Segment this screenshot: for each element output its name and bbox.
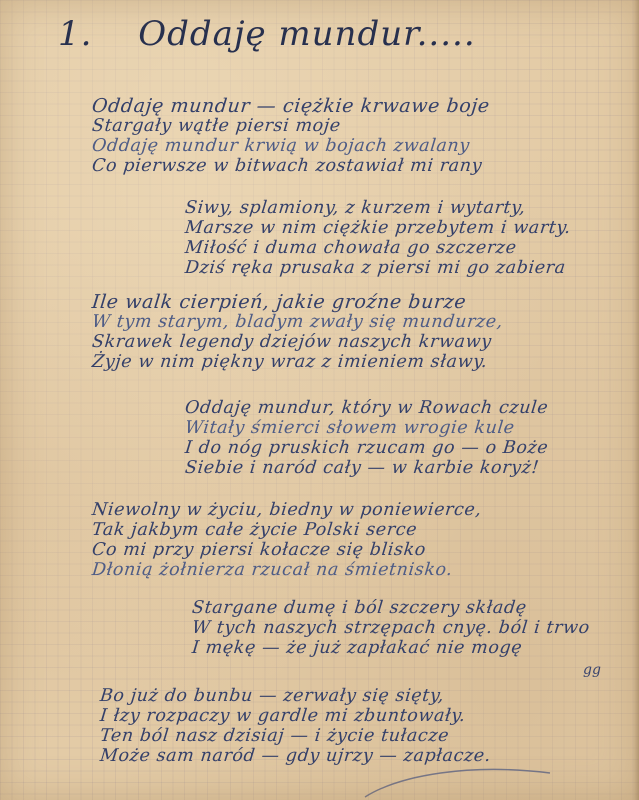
poem-line: I łzy rozpaczy w gardle mi zbuntowały. (99, 706, 492, 726)
poem-line: Żyje w nim piękny wraz z imieniem sławy. (91, 352, 504, 372)
poem-line: Siebie i naród cały — w karbie koryż! (184, 458, 549, 478)
stanza-7: Bo już do bunbu — zerwały się sięty, I ł… (100, 686, 491, 766)
poem-heading: 1. Oddaję mundur..... (58, 14, 476, 54)
stanza-5: Niewolny w życiu, biedny w poniewierce, … (92, 500, 482, 580)
poem-number: 1. (58, 14, 92, 54)
poem-line: Co mi przy piersi kołacze się blisko (91, 540, 483, 560)
poem-line: Niewolny w życiu, biedny w poniewierce, (91, 500, 483, 520)
poem-line: Marsze w nim ciężkie przebytem i warty. (184, 218, 572, 238)
poem-line: W tych naszych strzępach cnyę. ból i trw… (191, 618, 591, 638)
poem-line: Siwy, splamiony, z kurzem i wytarty, (184, 198, 572, 218)
poem-line: Stargały wątłe piersi moje (91, 116, 491, 136)
pen-flourish (360, 755, 580, 800)
poem-line: Tak jakbym całe życie Polski serce (91, 520, 483, 540)
poem-line: Oddaję mundur, który w Rowach czule (184, 398, 549, 418)
poem-line: I do nóg pruskich rzucam go — o Boże (184, 438, 549, 458)
poem-line: Oddaję mundur — ciężkie krwawe boje (91, 96, 491, 116)
poem-line: I mękę — że już zapłakać nie mogę (191, 638, 591, 658)
poem-line: Miłość i duma chowała go szczerze (184, 238, 572, 258)
notebook-page: 1. Oddaję mundur..... Oddaję mundur — ci… (0, 0, 639, 800)
poem-line: Dziś ręka prusaka z piersi mi go zabiera (184, 258, 572, 278)
initials-mark: gg (583, 662, 601, 678)
page-edge (633, 0, 639, 800)
stanza-6: Stargane dumę i ból szczery składę W tyc… (192, 598, 590, 658)
stanza-2: Siwy, splamiony, z kurzem i wytarty, Mar… (185, 198, 571, 278)
poem-line: Bo już do bunbu — zerwały się sięty, (99, 686, 492, 706)
poem-line: Witały śmierci słowem wrogie kule (184, 418, 549, 438)
poem-line: Oddaję mundur krwią w bojach zwalany (91, 136, 491, 156)
poem-line: Ile walk cierpień, jakie groźne burze (91, 292, 504, 312)
poem-line: W tym starym, bladym zwały się mundurze, (91, 312, 504, 332)
stanza-4: Oddaję mundur, który w Rowach czule Wita… (185, 398, 548, 478)
poem-title: Oddaję mundur..... (138, 14, 475, 54)
stanza-1: Oddaję mundur — ciężkie krwawe boje Star… (92, 96, 490, 176)
poem-line: Ten ból nasz dzisiaj — i życie tułacze (99, 726, 492, 746)
poem-line: Co pierwsze w bitwach zostawiał mi rany (91, 156, 491, 176)
poem-line: Dłonią żołnierza rzucał na śmietnisko. (91, 560, 483, 580)
poem-line: Stargane dumę i ból szczery składę (191, 598, 591, 618)
stanza-3: Ile walk cierpień, jakie groźne burze W … (92, 292, 503, 372)
poem-line: Skrawek legendy dziejów naszych krwawy (91, 332, 504, 352)
